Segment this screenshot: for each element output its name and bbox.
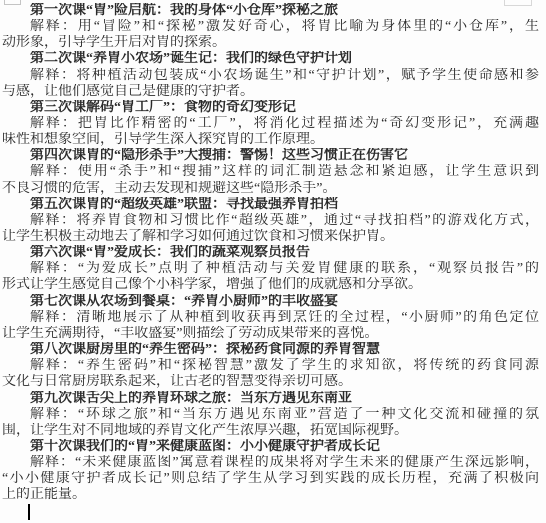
explanation-line[interactable]: 解释：“环球之旅”和“当东方遇见东南亚”营造了一种文化交流和碰撞的氛 (2, 407, 539, 423)
explanation-line[interactable]: 形式让学生感觉自己像个小科学家，增强了他们的成就感和分享欲。 (2, 277, 539, 293)
explanation-line[interactable]: 让学生积极主动地去了解和学习如何通过饮食和习惯来保护胃。 (2, 229, 539, 245)
explanation-line[interactable]: 不良习惯的危害，主动去发现和规避这些“隐形杀手”。 (2, 181, 539, 197)
explanation-line[interactable]: 让学生充满期待，“丰收盛宴”则描绘了劳动成果带来的喜悦。 (2, 326, 539, 342)
lesson-title[interactable]: 第七次课从农场到餐桌：“养胃小厨师”的丰收盛宴 (2, 294, 539, 310)
clipped-object-corner-top-right (504, 0, 532, 6)
explanation-line[interactable]: 解释：使用“杀手”和“搜捕”这样的词汇制造悬念和紧迫感，让学生意识到 (2, 164, 539, 180)
lesson-title[interactable]: 第一次课“胃”险启航：我的身体“小仓库”探秘之旅 (2, 3, 539, 19)
explanation-line[interactable]: 解释：将养胃食物和习惯比作“超级英雄”，通过“寻找拍档”的游戏化方式， (2, 213, 539, 229)
explanation-line[interactable]: 解释：将种植活动包装成“小农场诞生”和“守护计划”，赋予学生使命感和参 (2, 68, 539, 84)
document-text-area[interactable]: 第一次课“胃”险启航：我的身体“小仓库”探秘之旅 解释：用“冒险”和“探秘”激发… (0, 0, 546, 504)
explanation-line[interactable]: 动形象，引导学生开启对胃的探索。 (2, 35, 539, 51)
explanation-line[interactable]: 解释：“养生密码”和“探秘智慧”激发了学生的求知欲，将传统的药食同源 (2, 358, 539, 374)
lesson-title[interactable]: 第五次课胃的“超级英雄”联盟：寻找最强养胃拍档 (2, 197, 539, 213)
explanation-line[interactable]: 文化与日常厨房联系起来，让古老的智慧变得亲切可感。 (2, 374, 539, 390)
explanation-line[interactable]: 解释：把胃比作精密的“工厂”，将消化过程描述为“奇幻变形记”，充满趣 (2, 116, 539, 132)
explanation-line[interactable]: 解释：用“冒险”和“探秘”激发好奇心，将胃比喻为身体里的“小仓库”，生 (2, 19, 539, 35)
explanation-line[interactable]: 围，让学生对不同地域的养胃文化产生浓厚兴趣，拓宽国际视野。 (2, 423, 539, 439)
lesson-title[interactable]: 第四次课胃的“隐形杀手”大搜捕：警惕！这些习惯正在伤害它 (2, 148, 539, 164)
lesson-title[interactable]: 第二次课“养胃小农场”诞生记：我们的绿色守护计划 (2, 51, 539, 67)
document-page: 第一次课“胃”险启航：我的身体“小仓库”探秘之旅 解释：用“冒险”和“探秘”激发… (0, 0, 546, 523)
explanation-line[interactable]: 味性和想象空间，引导学生深入探究胃的工作原理。 (2, 132, 539, 148)
explanation-line[interactable]: 解释：“未来健康蓝图”寓意着课程的成果将对学生未来的健康产生深远影响， (2, 455, 539, 471)
lesson-title[interactable]: 第三次课解码“胃工厂”：食物的奇幻变形记 (2, 100, 539, 116)
explanation-line[interactable]: 上的正能量。 (2, 487, 539, 503)
explanation-line[interactable]: 解释：“为爱成长”点明了种植活动与关爱胃健康的联系，“观察员报告”的 (2, 261, 539, 277)
explanation-line[interactable]: 与感，让他们感觉自己是健康的守护者。 (2, 84, 539, 100)
explanation-line[interactable]: 解释：清晰地展示了从种植到收获再到烹饪的全过程，“小厨师”的角色定位 (2, 310, 539, 326)
lesson-title[interactable]: 第六次课“胃”爱成长：我们的蔬菜观察员报告 (2, 245, 539, 261)
lesson-title[interactable]: 第八次课厨房里的“养生密码”：探秘药食同源的养胃智慧 (2, 342, 539, 358)
lesson-title[interactable]: 第十次课我们的“胃”来健康蓝图：小小健康守护者成长记 (2, 439, 539, 455)
explanation-line[interactable]: “小小健康守护者成长记”则总结了学生从学习到实践的成长历程，充满了积极向 (2, 471, 539, 487)
lesson-title[interactable]: 第九次课舌尖上的养胃环球之旅：当东方遇见东南亚 (2, 391, 539, 407)
clipped-object-corner-top-left (4, 0, 21, 5)
text-cursor (28, 504, 30, 520)
